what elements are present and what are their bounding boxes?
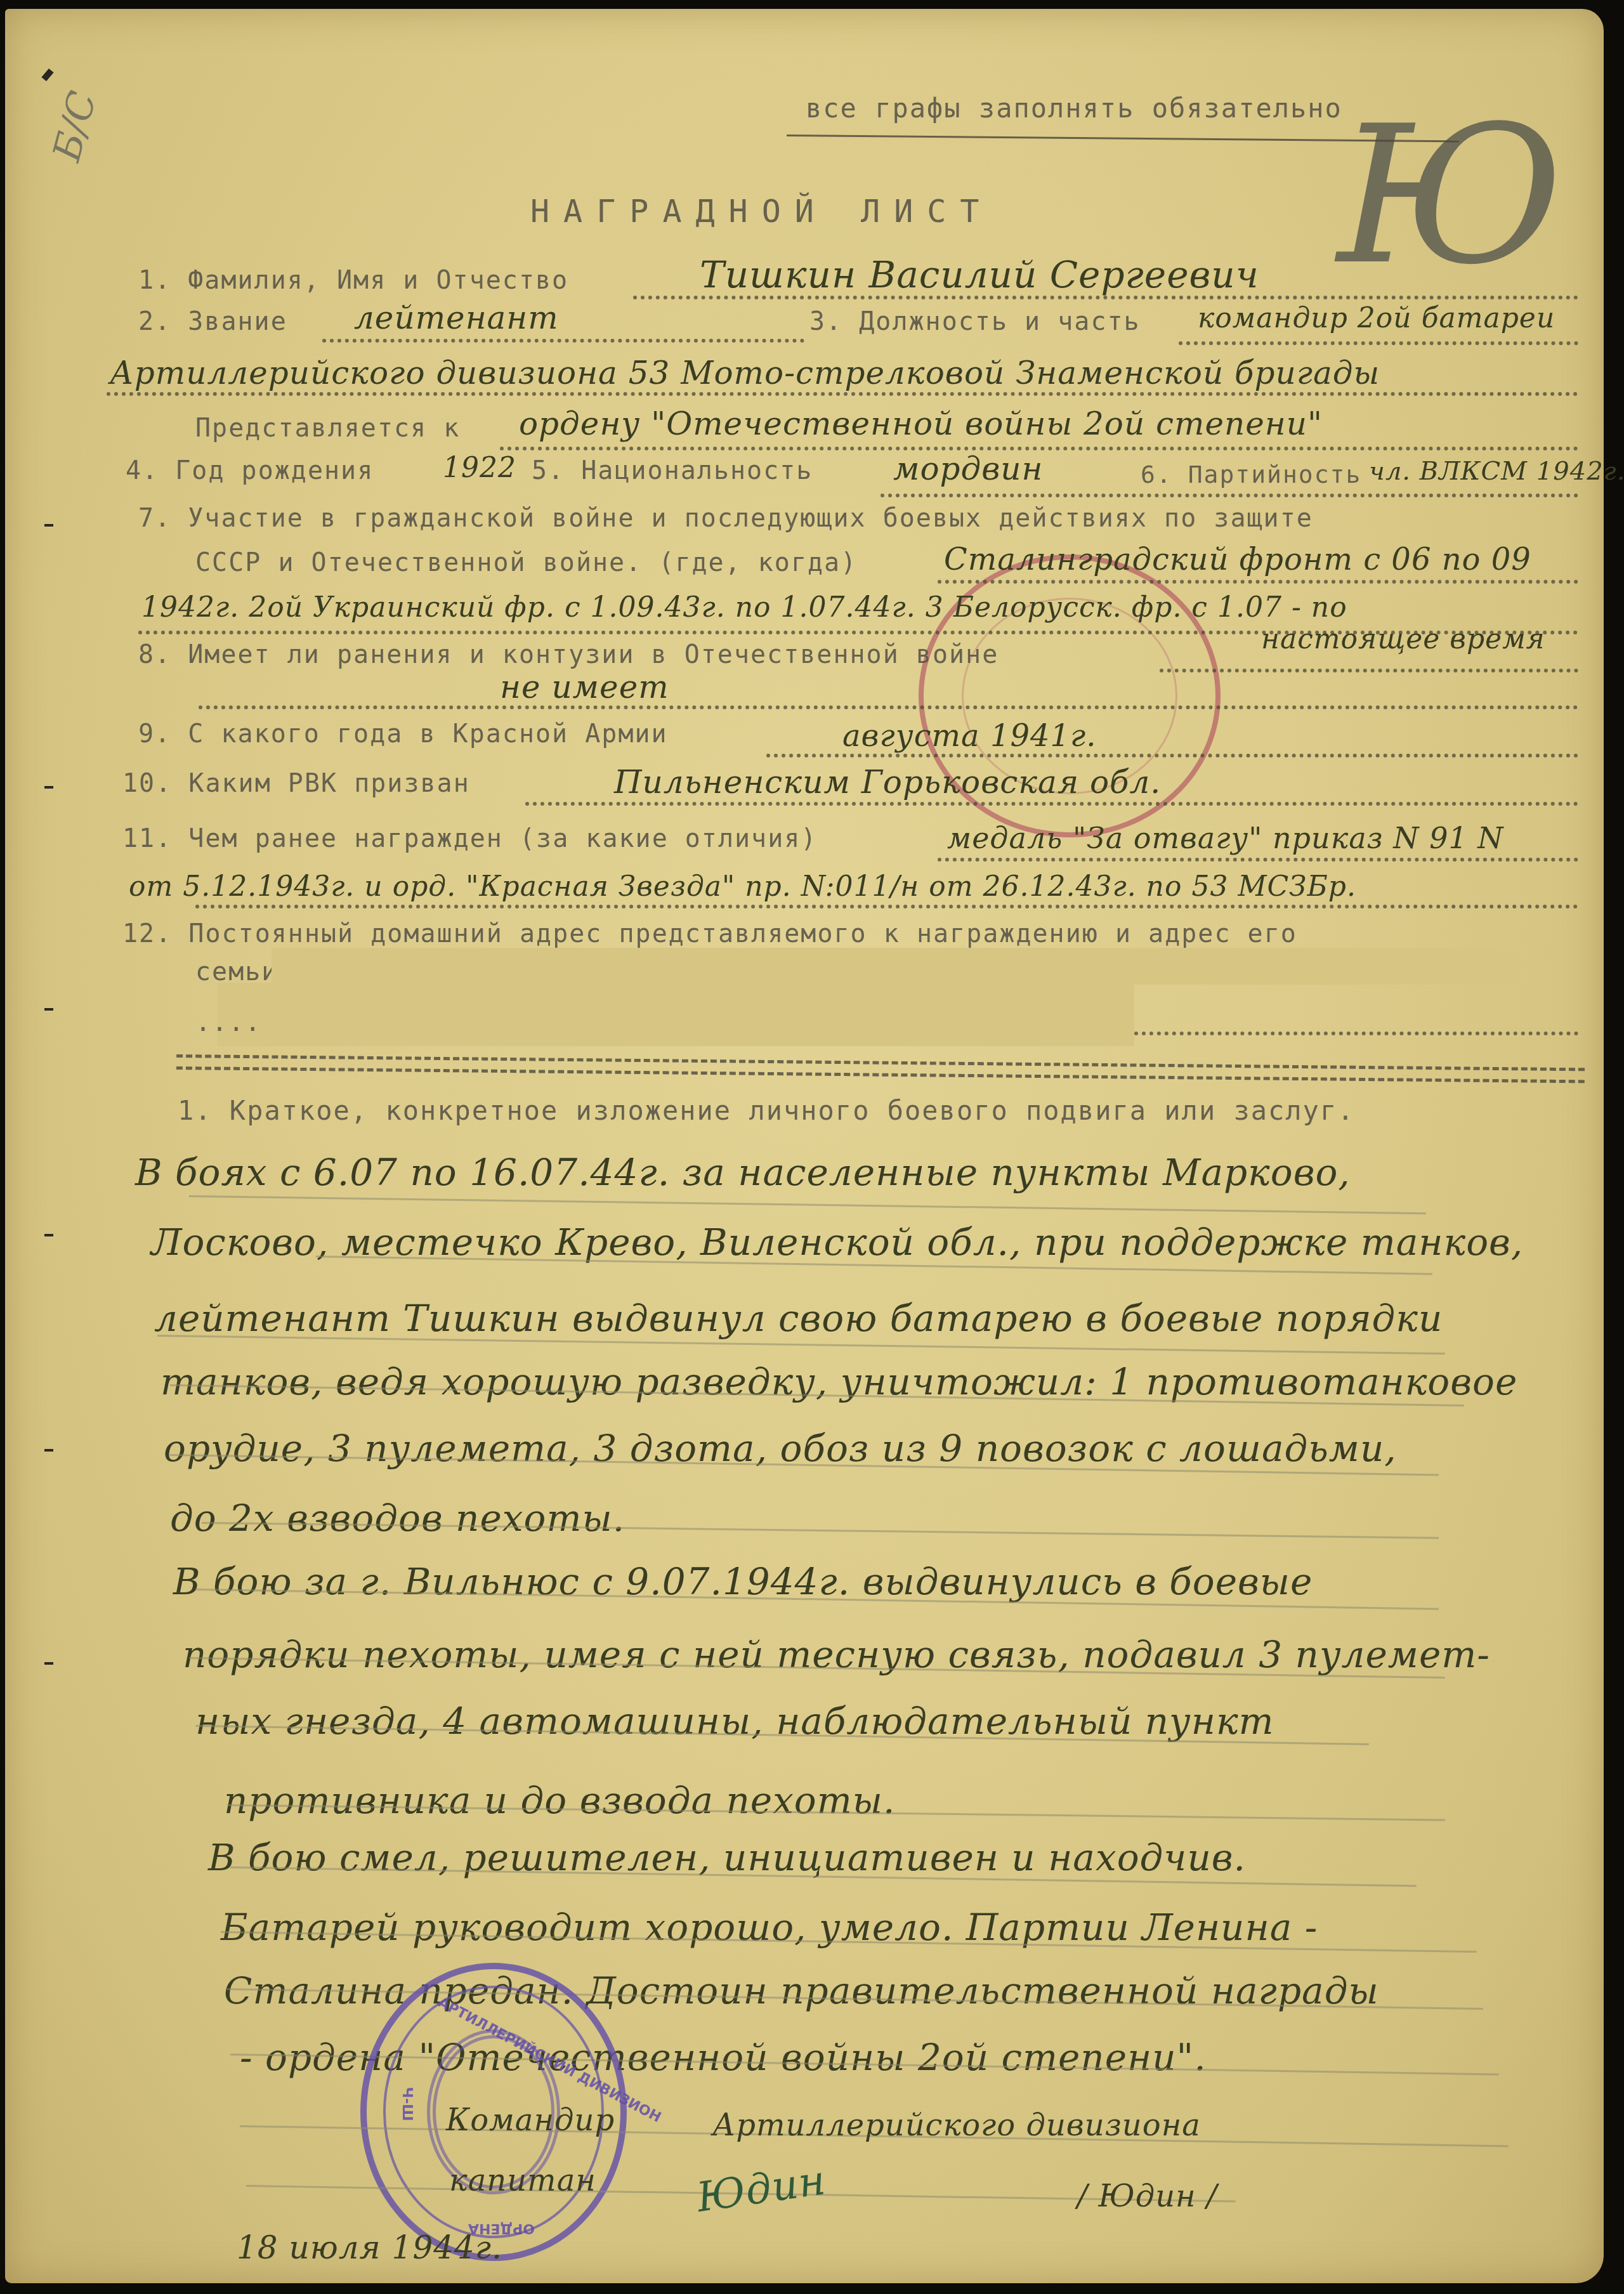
field-4-6-dotted-line (881, 494, 1578, 497)
page-title: НАГРАДНОЙ ЛИСТ (530, 193, 993, 230)
field-3-cont-dotted-line (107, 392, 1578, 396)
field-3-dotted-line (1179, 341, 1578, 345)
narrative-line: порядки пехоты, имея с ней тесную связь,… (183, 1633, 1490, 1676)
field-10-dotted-line (525, 802, 1578, 806)
seal-text-side: Ч-Ш (399, 2087, 415, 2121)
narrative-line: В бою смел, решителен, инициативен и нах… (208, 1836, 1246, 1879)
field-10-value: Пильненским Горьковская обл. (614, 764, 1161, 801)
field-7-value-continued: 1942г. 2ой Украинский фр. с 1.09.43г. по… (141, 591, 1347, 624)
narrative-line: лейтенант Тишкин выдвинул свою батарею в… (154, 1297, 1443, 1340)
field-7-dotted-line (938, 580, 1578, 584)
field-8-cont-dotted-line (199, 705, 1578, 709)
redacted-address-block (218, 983, 1134, 1046)
field-11-value: медаль "За отвагу" приказ N 91 N (947, 821, 1504, 855)
narrative-line: ных гнезда, 4 автомашины, наблюдательный… (195, 1700, 1274, 1743)
signatory-title-left: Командир (446, 2102, 615, 2138)
field-2-label: 2. Звание (138, 307, 287, 336)
field-6-value: чл. ВЛКСМ 1942г. (1369, 457, 1624, 486)
binding-mark (44, 786, 53, 789)
narrative-line: противника и до взвода пехоты. (224, 1779, 895, 1822)
field-8-dotted-line (1160, 669, 1578, 672)
field-6-label: 6. Партийность (1141, 461, 1361, 488)
binding-mark (44, 524, 53, 527)
field-12-dotted-line (1134, 1032, 1578, 1035)
narrative-line: Батарей руководит хорошо, умело. Партии … (221, 1906, 1318, 1949)
section-heading: 1. Краткое, конкретное изложение личного… (178, 1095, 1354, 1126)
field-3-value: командир 2ой батареи (1198, 302, 1555, 334)
field-4-value: 1922 (443, 452, 516, 484)
field-1-dotted-line (633, 296, 1578, 299)
field-3-label: 3. Должность и часть (809, 307, 1141, 336)
field-5-label: 5. Национальность (532, 456, 813, 485)
field-7-value-continued-2: настоящее время (1261, 623, 1545, 655)
binding-mark (41, 69, 53, 81)
field-5-value: мордвин (893, 450, 1044, 487)
margin-pencil-note: Б/С (44, 87, 105, 166)
binding-mark (44, 1234, 53, 1236)
field-11-dotted-line (938, 858, 1578, 862)
signatory-title-right: Артиллерийского дивизиона (712, 2107, 1201, 2143)
field-9-value: августа 1941г. (842, 718, 1097, 754)
field-7-value: Сталинградский фронт с 06 по 09 (944, 542, 1531, 577)
field-9-dotted-line (766, 754, 1578, 757)
redacted-address-block (272, 948, 1521, 985)
field-8-label: 8. Имеет ли ранения и контузии в Отечест… (138, 640, 999, 669)
field-7-label-continued: СССР и Отечественной войне. (где, когда) (195, 548, 857, 577)
field-2-value: лейтенант (354, 299, 559, 336)
field-11-value-continued: от 5.12.1943г. и орд. "Красная Звезда" п… (129, 870, 1356, 903)
field-12-label: 12. Постоянный домашний адрес представля… (122, 919, 1297, 948)
presented-label: Представляется к (195, 414, 460, 443)
ruled-line (189, 1195, 1426, 1214)
signature-date: 18 июля 1944г. (237, 2229, 502, 2266)
narrative-line: до 2х взводов пехоты. (170, 1497, 625, 1540)
narrative-line: танков, ведя хорошую разведку, уничтожил… (160, 1360, 1517, 1403)
binding-mark (44, 1008, 53, 1011)
narrative-line: В боях с 6.07 по 16.07.44г. за населенны… (135, 1151, 1351, 1194)
field-1-label: 1. Фамилия, Имя и Отчество (138, 266, 568, 295)
field-3-value-continued: Артиллерийского дивизиона 53 Мото-стрелк… (110, 355, 1380, 391)
header-note: все графы заполнять обязательно (806, 93, 1342, 124)
signatory-rank: капитан (449, 2163, 596, 2198)
section-separator (176, 1054, 1585, 1083)
award-sheet-page: Б/С Ю все графы заполнять обязательно НА… (5, 9, 1604, 2283)
handwritten-signature: Юдин (694, 2157, 829, 2222)
field-4-label: 4. Год рождения (126, 456, 374, 485)
field-8-value: не имеет (500, 669, 669, 705)
field-9-label: 9. С какого года в Красной Армии (138, 719, 668, 749)
margin-pencil-initial: Ю (1337, 85, 1564, 306)
field-11-cont-dotted-line (195, 905, 1578, 908)
field-11-label: 11. Чем ранее награжден (за какие отличи… (122, 824, 817, 853)
binding-mark (44, 1449, 53, 1452)
binding-mark (44, 1662, 53, 1665)
field-12-label-continued-2: .... (195, 1008, 261, 1037)
presented-value: ордену "Отечественной войны 2ой степени" (519, 405, 1323, 442)
field-10-label: 10. Каким РВК призван (122, 769, 470, 798)
field-2-dotted-line (322, 339, 804, 343)
signatory-name: / Юдин / (1077, 2179, 1217, 2214)
field-7-label: 7. Участие в гражданской войне и последу… (138, 504, 1313, 533)
field-1-value: Тишкин Василий Сергеевич (700, 253, 1259, 296)
